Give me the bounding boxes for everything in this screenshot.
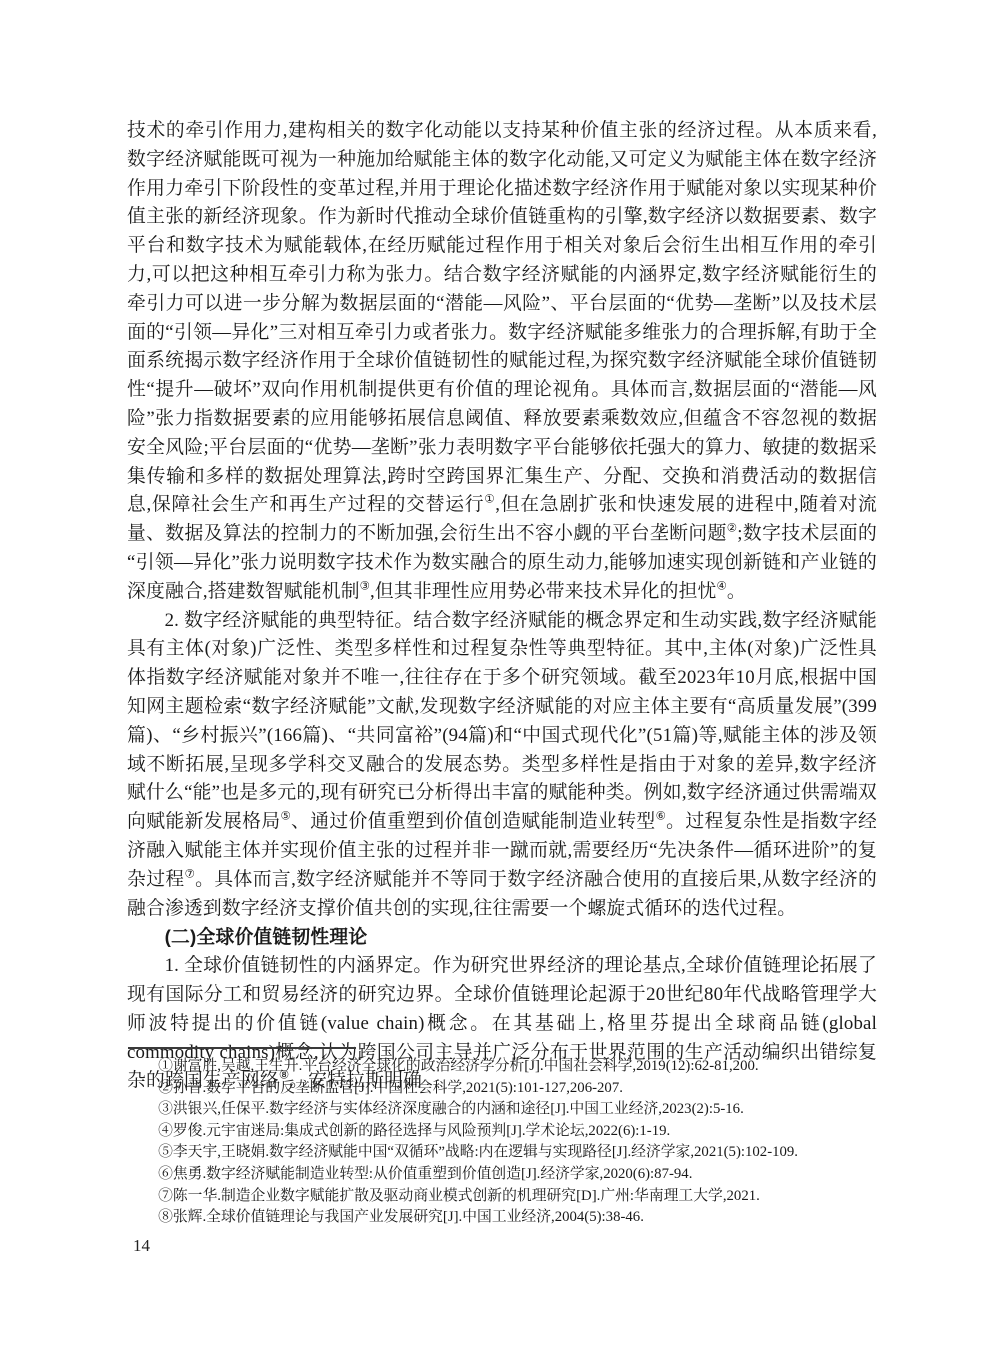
footnote-item: ④罗俊.元宇宙迷局:集成式创新的路径选择与风险预判[J].学术论坛,2022(6… <box>127 1121 877 1143</box>
footnote-item: ⑦陈一华.制造企业数字赋能扩散及驱动商业模式创新的机理研究[D].广州:华南理工… <box>127 1186 877 1208</box>
footnote-ref: ⑤ <box>281 811 292 823</box>
paragraph-continued: 技术的牵引作用力,建构相关的数字化动能以支持某种价值主张的经济过程。从本质来看,… <box>127 117 877 607</box>
footnote-item: ②孙晋.数字平台的反垄断监管[J].中国社会科学,2021(5):101-127… <box>127 1078 877 1100</box>
footnote-item: ③洪银兴,任保平.数字经济与实体经济深度融合的内涵和途径[J].中国工业经济,2… <box>127 1099 877 1121</box>
footnote-item: ⑧张辉.全球价值链理论与我国产业发展研究[J].中国工业经济,2004(5):3… <box>127 1207 877 1229</box>
footnote-ref: ① <box>484 494 495 506</box>
footnote-ref: ③ <box>360 580 370 592</box>
footnote-ref: ② <box>727 523 738 535</box>
section-heading: (二)全球价值链韧性理论 <box>127 923 877 952</box>
footnote-item: ①谢富胜,吴越,王生升.平台经济全球化的政治经济学分析[J].中国社会科学,20… <box>127 1056 877 1078</box>
paragraph-typical-features: 2. 数字经济赋能的典型特征。结合数字经济赋能的概念界定和生动实践,数字经济赋能… <box>127 607 877 924</box>
footnote-separator <box>128 1047 356 1049</box>
document-page: 技术的牵引作用力,建构相关的数字化动能以支持某种价值主张的经济过程。从本质来看,… <box>0 0 1000 1347</box>
footnote-item: ⑤李天宇,王晓娟.数字经济赋能中国“双循环”战略:内在逻辑与实现路径[J].经济… <box>127 1142 877 1164</box>
page-number: 14 <box>133 1236 150 1256</box>
footnote-ref: ⑦ <box>185 868 196 880</box>
footnotes-block: ①谢富胜,吴越,王生升.平台经济全球化的政治经济学分析[J].中国社会科学,20… <box>127 1056 877 1229</box>
footnote-ref: ⑥ <box>656 811 667 823</box>
footnote-item: ⑥焦勇.数字经济赋能制造业转型:从价值重塑到价值创造[J].经济学家,2020(… <box>127 1164 877 1186</box>
footnote-ref: ④ <box>717 580 727 592</box>
article-body: 技术的牵引作用力,建构相关的数字化动能以支持某种价值主张的经济过程。从本质来看,… <box>127 117 877 1096</box>
